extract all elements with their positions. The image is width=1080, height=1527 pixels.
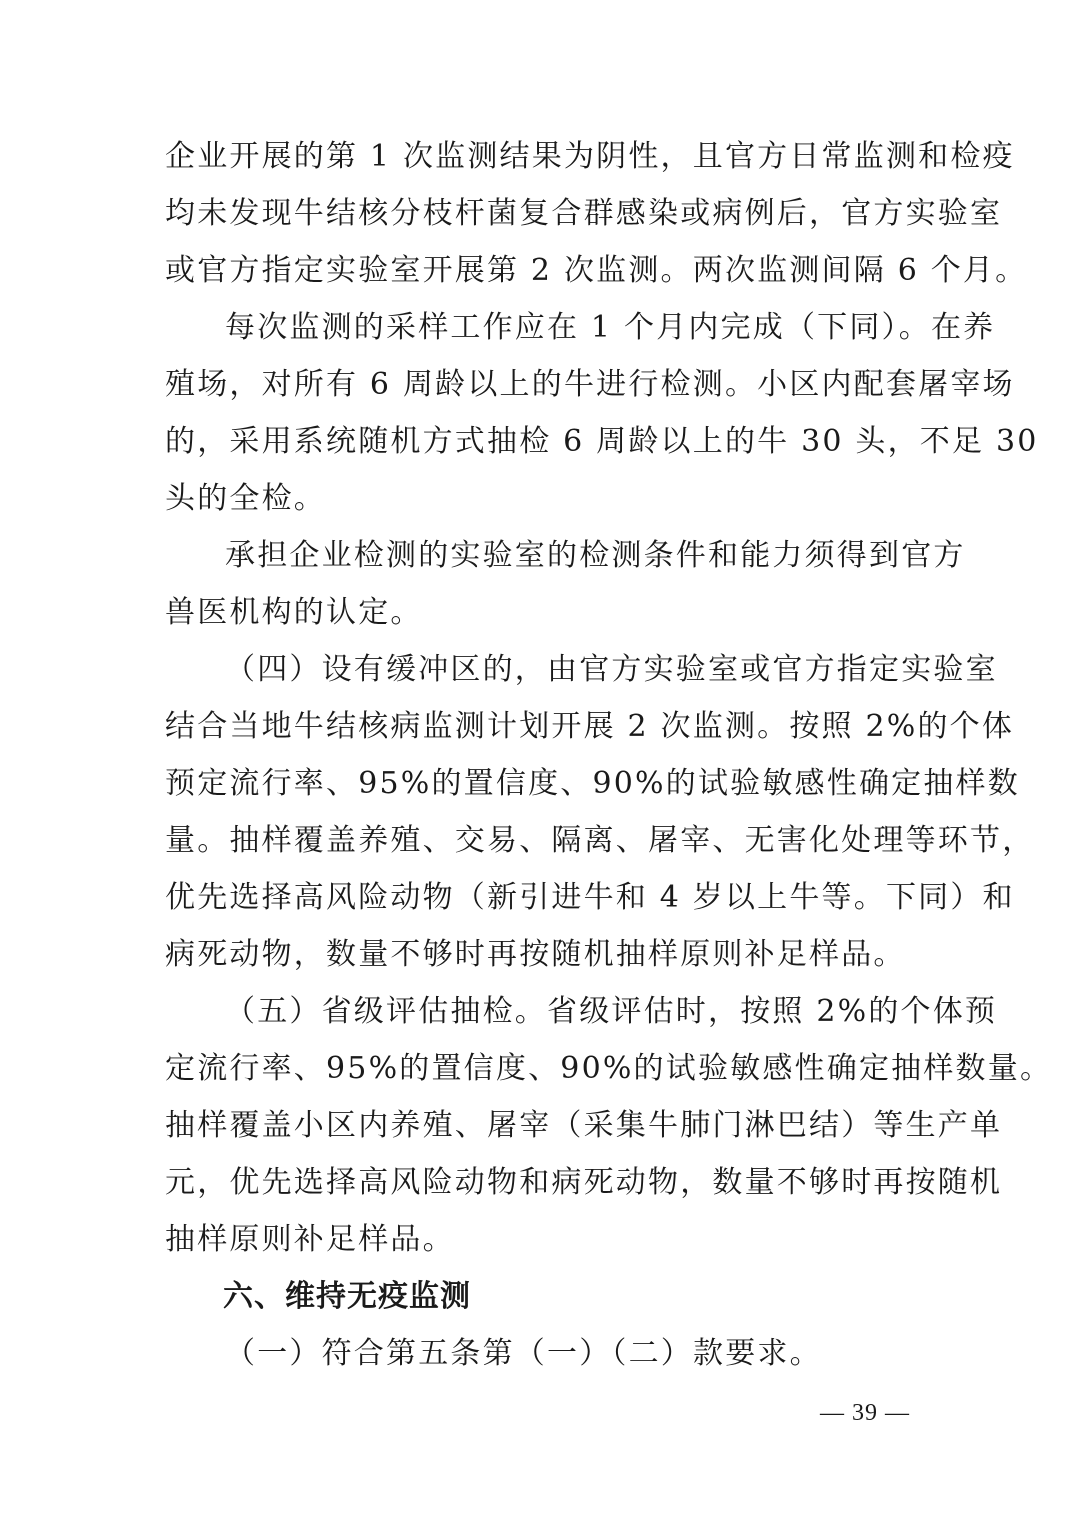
text-line: 量。抽样覆盖养殖、交易、隔离、屠宰、无害化处理等环节，	[165, 812, 917, 869]
text-line: 的，采用系统随机方式抽检 6 周龄以上的牛 30 头，不足 30	[165, 413, 917, 470]
text-line: 定流行率、95%的置信度、90%的试验敏感性确定抽样数量。	[165, 1040, 917, 1097]
text-line: 优先选择高风险动物（新引进牛和 4 岁以上牛等。下同）和	[165, 869, 917, 926]
paragraph-buffer-zone: （四）设有缓冲区的，由官方实验室或官方指定实验室 结合当地牛结核病监测计划开展 …	[165, 641, 917, 983]
text-line: 每次监测的采样工作应在 1 个月内完成（下同）。在养	[165, 299, 917, 356]
text-line: 预定流行率、95%的置信度、90%的试验敏感性确定抽样数	[165, 755, 917, 812]
text-line: 病死动物，数量不够时再按随机抽样原则补足样品。	[165, 926, 917, 983]
text-line: 结合当地牛结核病监测计划开展 2 次监测。按照 2%的个体	[165, 698, 917, 755]
text-line: 元，优先选择高风险动物和病死动物，数量不够时再按随机	[165, 1154, 917, 1211]
paragraph-sampling: 每次监测的采样工作应在 1 个月内完成（下同）。在养 殖场，对所有 6 周龄以上…	[165, 299, 917, 527]
paragraph-lab-certification: 承担企业检测的实验室的检测条件和能力须得到官方 兽医机构的认定。	[165, 527, 917, 641]
text-line: 企业开展的第 1 次监测结果为阴性，且官方日常监测和检疫	[165, 128, 917, 185]
text-line: 或官方指定实验室开展第 2 次监测。两次监测间隔 6 个月。	[165, 242, 917, 299]
paragraph-provincial-evaluation: （五）省级评估抽检。省级评估时，按照 2%的个体预 定流行率、95%的置信度、9…	[165, 983, 917, 1268]
text-line: 均未发现牛结核分枝杆菌复合群感染或病例后，官方实验室	[165, 185, 917, 242]
text-line: 抽样覆盖小区内养殖、屠宰（采集牛肺门淋巴结）等生产单	[165, 1097, 917, 1154]
page-number: — 39 —	[820, 1400, 910, 1427]
text-line: 殖场，对所有 6 周龄以上的牛进行检测。小区内配套屠宰场	[165, 356, 917, 413]
document-page: 企业开展的第 1 次监测结果为阴性，且官方日常监测和检疫 均未发现牛结核分枝杆菌…	[165, 128, 917, 1382]
paragraph-continuation: 企业开展的第 1 次监测结果为阴性，且官方日常监测和检疫 均未发现牛结核分枝杆菌…	[165, 128, 917, 299]
text-line: 头的全检。	[165, 470, 917, 527]
text-line: （四）设有缓冲区的，由官方实验室或官方指定实验室	[165, 641, 917, 698]
section-heading: 六、维持无疫监测	[165, 1268, 917, 1325]
text-line: 承担企业检测的实验室的检测条件和能力须得到官方	[165, 527, 917, 584]
text-line: 抽样原则补足样品。	[165, 1211, 917, 1268]
text-line: 兽医机构的认定。	[165, 584, 917, 641]
list-item: （一）符合第五条第（一）（二）款要求。	[165, 1325, 917, 1382]
text-line: （五）省级评估抽检。省级评估时，按照 2%的个体预	[165, 983, 917, 1040]
